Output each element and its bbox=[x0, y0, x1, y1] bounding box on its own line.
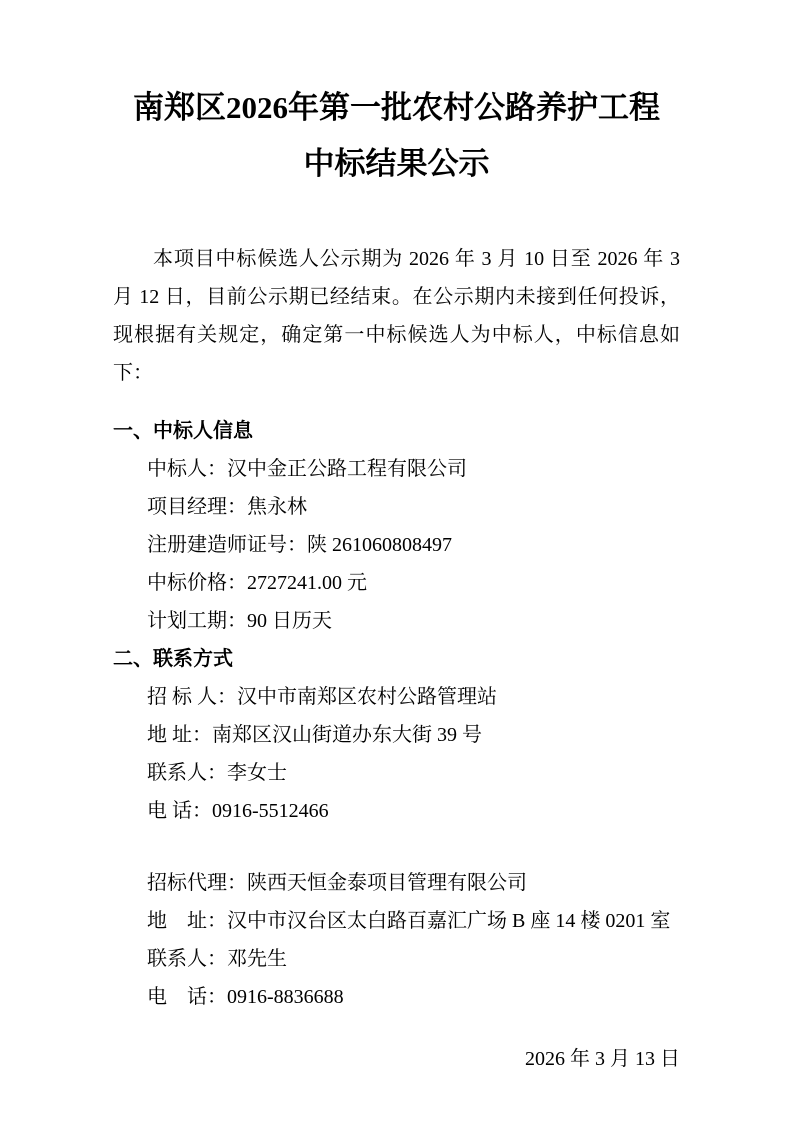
winner-section-heading: 一、中标人信息 bbox=[113, 412, 680, 450]
construction-period-line: 计划工期：90 日历天 bbox=[147, 602, 680, 640]
agent-block: 招标代理：陕西天恒金泰项目管理有限公司 地 址：汉中市汉台区太白路百嘉汇广场 B… bbox=[113, 864, 680, 1016]
contact-section: 二、联系方式 招 标 人：汉中市南郑区农村公路管理站 地 址：南郑区汉山街道办东… bbox=[113, 640, 680, 1016]
doc-title-line2: 中标结果公示 bbox=[304, 146, 490, 181]
agent-contact-line: 联系人：邓先生 bbox=[147, 940, 680, 978]
publish-date: 2026 年 3 月 13 日 bbox=[113, 1040, 680, 1078]
agent-phone-line: 电 话：0916-8836688 bbox=[147, 978, 680, 1016]
tenderer-block: 招 标 人：汉中市南郑区农村公路管理站 地 址：南郑区汉山街道办东大街 39 号… bbox=[113, 678, 680, 830]
project-manager-line: 项目经理：焦永林 bbox=[147, 488, 680, 526]
agent-name-line: 招标代理：陕西天恒金泰项目管理有限公司 bbox=[147, 864, 680, 902]
tenderer-address-line: 地 址：南郑区汉山街道办东大街 39 号 bbox=[147, 716, 680, 754]
winner-section: 一、中标人信息 中标人：汉中金正公路工程有限公司 项目经理：焦永林 注册建造师证… bbox=[113, 412, 680, 640]
contact-section-heading: 二、联系方式 bbox=[113, 640, 680, 678]
agent-address-line: 地 址：汉中市汉台区太白路百嘉汇广场 B 座 14 楼 0201 室 bbox=[147, 902, 680, 940]
tenderer-name-line: 招 标 人：汉中市南郑区农村公路管理站 bbox=[147, 678, 680, 716]
intro-paragraph: 本项目中标候选人公示期为 2026 年 3 月 10 日至 2026 年 3 月… bbox=[113, 240, 680, 392]
tenderer-phone-line: 电 话：0916-5512466 bbox=[147, 792, 680, 830]
doc-title: 南郑区2026年第一批农村公路养护工程 中标结果公示 bbox=[113, 80, 680, 192]
winner-name-line: 中标人：汉中金正公路工程有限公司 bbox=[147, 450, 680, 488]
tenderer-contact-line: 联系人：李女士 bbox=[147, 754, 680, 792]
doc-title-line1: 南郑区2026年第一批农村公路养护工程 bbox=[133, 90, 660, 125]
bid-price-line: 中标价格：2727241.00 元 bbox=[147, 564, 680, 602]
document-page: 南郑区2026年第一批农村公路养护工程 中标结果公示 本项目中标候选人公示期为 … bbox=[0, 0, 792, 1121]
builder-cert-line: 注册建造师证号：陕 261060808497 bbox=[147, 526, 680, 564]
